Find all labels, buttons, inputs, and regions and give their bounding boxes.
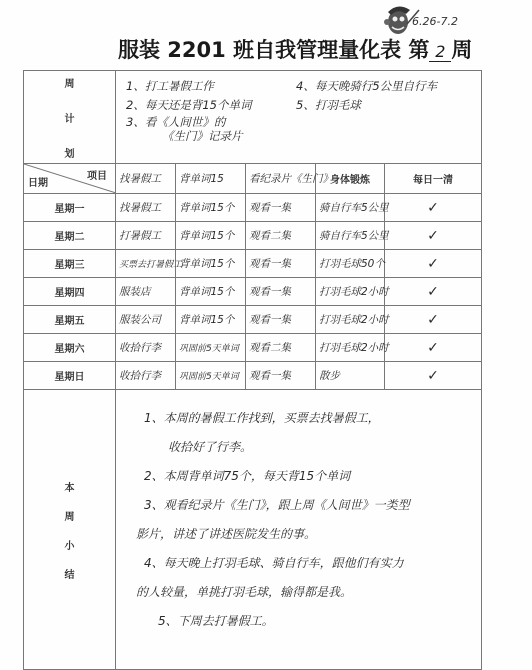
table-row: 星期二 打暑假工 背单词15个 观看二集 骑自行车5公里 ✓ — [24, 222, 482, 250]
summary-line: 影片，讲述了讲述医院发生的事。 — [136, 520, 410, 549]
cell-job: 收拾行李 — [116, 362, 176, 390]
summary-label-char: 结 — [65, 566, 75, 581]
day-label: 星期一 — [24, 194, 116, 222]
summary-line: 2、本周背单词75个，每天背15个单词 — [144, 462, 410, 491]
title-week-suffix: 周 — [451, 38, 472, 62]
table-row: 星期三 买票去打暑假工 背单词15个 观看一集 打羽毛球50个 ✓ — [24, 250, 482, 278]
checkmark-icon: ✓ — [385, 278, 482, 306]
weekly-summary-row: 本 周 小 结 1、本周的暑假工作找到，买票去找暑假工， 收拾好了行李。 2、本… — [24, 390, 482, 670]
cell-exercise: 打羽毛球2小时 — [316, 306, 385, 334]
plan-item: 1、打工暑假工作 — [126, 77, 251, 96]
checkmark-icon: ✓ — [385, 222, 482, 250]
cell-words: 背单词15个 — [176, 278, 246, 306]
col-header-documentary: 看纪录片《生门》 — [246, 164, 316, 194]
table-row: 星期六 收拾行李 巩固前5天单词 观看二集 打羽毛球2小时 ✓ — [24, 334, 482, 362]
summary-label-cell: 本 周 小 结 — [24, 390, 116, 670]
plan-item: 4、每天晚骑行5公里自行车 — [296, 77, 437, 96]
cell-words: 巩固前5天单词 — [176, 362, 246, 390]
cell-words: 背单词15个 — [176, 194, 246, 222]
summary-label-char: 小 — [65, 537, 75, 552]
plan-label-cell: 周 计 划 — [24, 71, 116, 164]
checkmark-icon: ✓ — [385, 334, 482, 362]
plan-label-char: 划 — [65, 145, 75, 160]
cell-documentary: 观看二集 — [246, 334, 316, 362]
corner-label-item: 项目 — [87, 167, 107, 182]
cell-exercise: 打羽毛球50个 — [316, 250, 385, 278]
cell-exercise: 骑自行车5公里 — [316, 222, 385, 250]
cell-job: 打暑假工 — [116, 222, 176, 250]
cell-documentary: 观看一集 — [246, 278, 316, 306]
col-header-daily-clear: 每日一清 — [385, 164, 482, 194]
plan-label-char: 计 — [65, 110, 75, 125]
self-management-table: 周 计 划 1、打工暑假工作 2、每天还是背15个单词 3、看《人间世》的 《生… — [23, 70, 482, 670]
plan-item: 《生门》记录片 — [126, 129, 251, 143]
table-row: 星期日 收拾行李 巩固前5天单词 观看一集 散步 ✓ — [24, 362, 482, 390]
cell-exercise: 打羽毛球2小时 — [316, 334, 385, 362]
day-label: 星期五 — [24, 306, 116, 334]
week-number-field: 2 — [429, 42, 451, 62]
cell-exercise: 打羽毛球2小时 — [316, 278, 385, 306]
weekly-plan-row: 周 计 划 1、打工暑假工作 2、每天还是背15个单词 3、看《人间世》的 《生… — [24, 71, 482, 164]
plan-item: 3、看《人间世》的 — [126, 115, 251, 129]
checkmark-icon: ✓ — [385, 362, 482, 390]
table-row: 星期四 服装店 背单词15个 观看一集 打羽毛球2小时 ✓ — [24, 278, 482, 306]
cell-words: 巩固前5天单词 — [176, 334, 246, 362]
summary-label-char: 周 — [65, 508, 75, 523]
cell-job: 找暑假工 — [116, 194, 176, 222]
plan-item: 2、每天还是背15个单词 — [126, 96, 251, 115]
summary-label-char: 本 — [65, 479, 75, 494]
checkmark-icon: ✓ — [385, 194, 482, 222]
cell-job: 买票去打暑假工 — [116, 250, 176, 278]
summary-content-cell: 1、本周的暑假工作找到，买票去找暑假工， 收拾好了行李。 2、本周背单词75个，… — [116, 390, 482, 670]
cell-job: 服装店 — [116, 278, 176, 306]
title-week-prefix: 第 — [408, 38, 429, 62]
cell-exercise: 散步 — [316, 362, 385, 390]
day-label: 星期三 — [24, 250, 116, 278]
cell-words: 背单词15个 — [176, 222, 246, 250]
cell-documentary: 观看一集 — [246, 306, 316, 334]
cell-documentary: 观看一集 — [246, 250, 316, 278]
cell-documentary: 观看一集 — [246, 362, 316, 390]
day-label: 星期四 — [24, 278, 116, 306]
cell-job: 收拾行李 — [116, 334, 176, 362]
summary-line: 1、本周的暑假工作找到，买票去找暑假工， — [144, 404, 410, 433]
date-range: 6.26-7.2 — [412, 15, 458, 28]
cell-documentary: 观看二集 — [246, 222, 316, 250]
summary-line: 收拾好了行李。 — [144, 433, 410, 462]
column-header-row: 项目 日期 找暑假工 背单词15 看纪录片《生门》 身体锻炼 每日一清 — [24, 164, 482, 194]
table-row: 星期一 找暑假工 背单词15个 观看一集 骑自行车5公里 ✓ — [24, 194, 482, 222]
plan-content-cell: 1、打工暑假工作 2、每天还是背15个单词 3、看《人间世》的 《生门》记录片 … — [116, 71, 482, 164]
corner-header-cell: 项目 日期 — [24, 164, 116, 194]
summary-line: 3、观看纪录片《生门》，跟上周《人间世》一类型 — [144, 491, 410, 520]
plan-item: 5、打羽毛球 — [296, 96, 437, 115]
day-label: 星期六 — [24, 334, 116, 362]
cell-words: 背单词15个 — [176, 250, 246, 278]
summary-line: 的人较量，单挑打羽毛球，输得都是我。 — [136, 578, 410, 607]
plan-label-char: 周 — [65, 75, 75, 90]
col-header-job: 找暑假工 — [116, 164, 176, 194]
day-label: 星期二 — [24, 222, 116, 250]
cell-exercise: 骑自行车5公里 — [316, 194, 385, 222]
checkmark-icon: ✓ — [385, 250, 482, 278]
cell-documentary: 观看一集 — [246, 194, 316, 222]
col-header-words: 背单词15 — [176, 164, 246, 194]
cell-job: 服装公司 — [116, 306, 176, 334]
summary-line: 4、每天晚上打羽毛球、骑自行车，跟他们有实力 — [144, 549, 410, 578]
summary-line: 5、下周去打暑假工。 — [158, 607, 410, 636]
corner-label-date: 日期 — [28, 174, 48, 189]
checkmark-icon: ✓ — [385, 306, 482, 334]
cell-words: 背单词15个 — [176, 306, 246, 334]
table-row: 星期五 服装公司 背单词15个 观看一集 打羽毛球2小时 ✓ — [24, 306, 482, 334]
title-main: 服装 2201 班自我管理量化表 — [118, 38, 401, 62]
day-label: 星期日 — [24, 362, 116, 390]
page-title: 服装 2201 班自我管理量化表 第2周 — [118, 34, 472, 64]
